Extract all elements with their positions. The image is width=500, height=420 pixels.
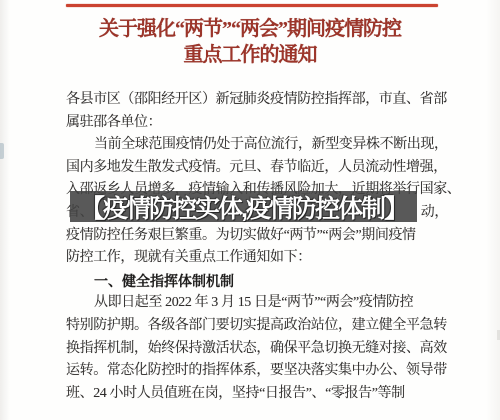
title-line-2: 重点工作的通知 (40, 42, 460, 68)
text-line: 当前全球范围疫情仍处于高位流行，新型变异株不断出现， (66, 134, 450, 157)
header-red-rule (66, 4, 438, 7)
text-line: 运转。常态化防控时的指挥体系，要坚决落实集中办公、领导带 (66, 360, 450, 383)
section-heading: 一、健全指挥体制机制 (66, 270, 450, 293)
scan-edge-artifact (0, 143, 4, 159)
text-line: 特别防护期。各级各部门要切实提高政治站位，建立健全平急转 (66, 315, 450, 338)
text-line: 国内多地发生散发式疫情。元旦、春节临近，人员流动性增强， (66, 157, 450, 180)
text-line: 疫情防控任务艰巨繁重。为切实做好“两节”“两会”期间疫情 (66, 225, 450, 248)
text-line: 从即日起至 2022 年 3 月 15 日是“两节”“两会”疫情防控 (66, 292, 450, 315)
scanned-document-page: 关于强化“两节”“两会”期间疫情防控 重点工作的通知 各县市区（邵阳经开区）新冠… (0, 0, 500, 420)
document-title: 关于强化“两节”“两会”期间疫情防控 重点工作的通知 (40, 16, 460, 68)
text-line: 班、24 小时人员值班在岗，坚持“日报告”、“零报告”等制 (66, 383, 450, 406)
document-body: 各县市区（邵阳经开区）新冠肺炎疫情防控指挥部，市直、省部 属驻邵各单位： 当前全… (66, 89, 450, 405)
text-line: 属驻邵各单位： (66, 112, 450, 135)
text-line: 各县市区（邵阳经开区）新冠肺炎疫情防控指挥部，市直、省部 (66, 89, 450, 112)
title-line-1: 关于强化“两节”“两会”期间疫情防控 (40, 16, 460, 42)
text-fragment-right: 动， (421, 202, 448, 225)
caption-overlay-banner: 【疫情防控实体,疫情防控体制】 (70, 191, 417, 222)
caption-overlay-text: 【疫情防控实体,疫情防控体制】 (80, 189, 407, 225)
text-line: 换指挥机制，始终保持激活状态，确保平急切换无缝对接、高效 (66, 338, 450, 361)
text-line: 防控工作，现就有关重点工作通知如下： (66, 247, 450, 270)
